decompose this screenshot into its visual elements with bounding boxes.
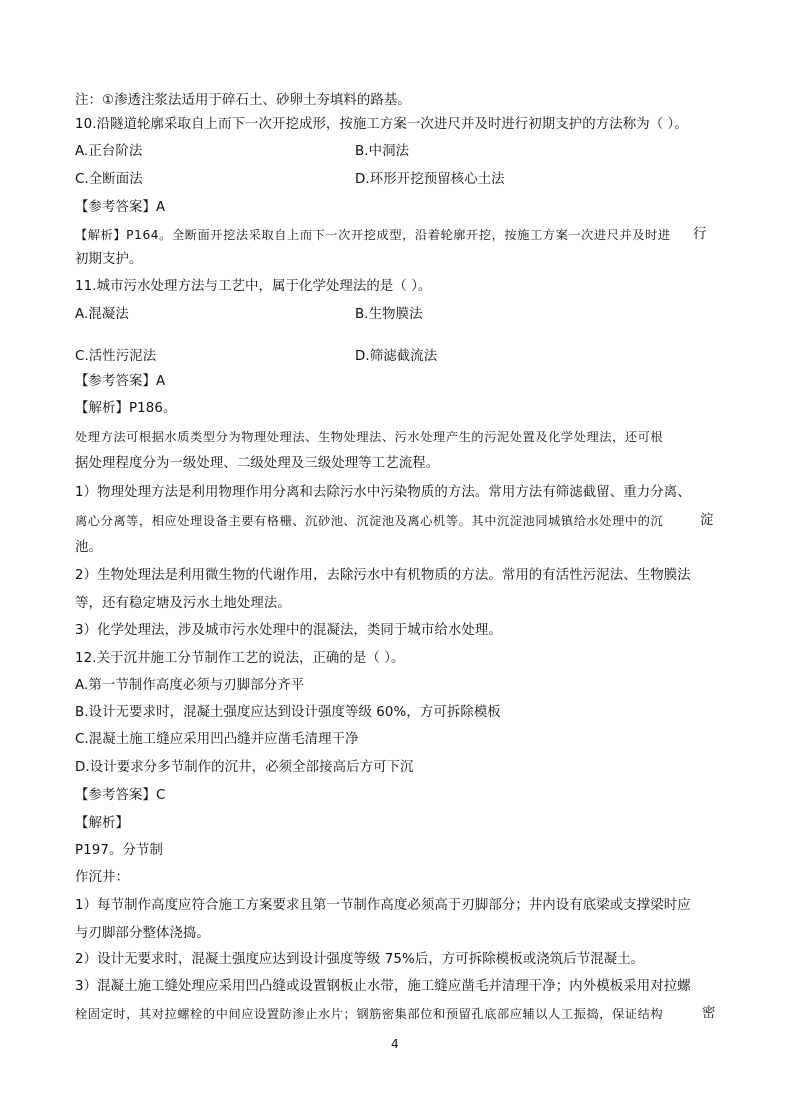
q11-analysis-line: 离心分离等，相应处理设备主要有格栅、沉砂池、沉淀池及离心机等。其中沉淀池同城镇给… — [75, 512, 663, 530]
q12-analysis-head: 【解析】 — [75, 815, 129, 833]
q12-answer: 【参考答案】C — [75, 787, 165, 805]
q10-option-d: D.环形开挖预留核心土法 — [355, 171, 505, 189]
q11-analysis-line: 1）物理处理方法是利用物理作用分离和去除污水中污染物质的方法。常用方法有筛滤截留… — [75, 484, 691, 502]
q10-analysis-cont: 初期支护。 — [75, 251, 142, 269]
q12-stem: 12.关于沉井施工分节制作工艺的说法，正确的是（ ）。 — [75, 650, 405, 668]
q10-option-a: A.正台阶法 — [75, 143, 142, 161]
q12-analysis-line: 作沉井： — [75, 869, 129, 887]
q12-option-b: B.设计无要求时，混凝土强度应达到设计强度等级 60%，方可拆除模板 — [75, 704, 501, 722]
q12-option-a: A.第一节制作高度必须与刃脚部分齐平 — [75, 677, 304, 695]
q12-option-d: D.设计要求分多节制作的沉井，必须全部接高后方可下沉 — [75, 759, 414, 777]
q12-option-c: C.混凝土施工缝应采用凹凸缝并应凿毛清理干净 — [75, 731, 359, 749]
q11-analysis-line: 池。 — [75, 539, 102, 557]
q11-option-d: D.筛滤截流法 — [355, 348, 437, 366]
q11-option-c: C.活性污泥法 — [75, 348, 156, 366]
q10-analysis-tail: 行 — [693, 226, 707, 244]
note-text: 注：①渗透注浆法适用于碎石土、砂卵土夯填料的路基。 — [75, 92, 411, 110]
q11-analysis-line-tail: 淀 — [700, 512, 714, 530]
q11-stem: 11.城市污水处理方法与工艺中，属于化学处理法的是（ ）。 — [75, 278, 432, 296]
q12-analysis-line-tail: 密 — [702, 1005, 716, 1023]
q11-answer: 【参考答案】A — [75, 373, 165, 391]
q11-option-b: B.生物膜法 — [355, 306, 423, 324]
q10-answer: 【参考答案】A — [75, 199, 165, 217]
q10-option-b: B.中洞法 — [355, 143, 409, 161]
q12-analysis-line: P197。分节制 — [75, 842, 163, 860]
q11-analysis-line: 处理方法可根据水质类型分为物理处理法、生物处理法、污水处理产生的污泥处置及化学处… — [75, 428, 663, 446]
q10-stem: 10.沿隧道轮廓采取自上而下一次开挖成形，按施工方案一次进尺并及时进行初期支护的… — [75, 116, 688, 134]
q12-analysis-line: 栓固定时，其对拉螺栓的中间应设置防渗止水片；钢筋密集部位和预留孔底部应辅以人工振… — [75, 1005, 663, 1023]
q12-analysis-line: 1）每节制作高度应符合施工方案要求且第一节制作高度必须高于刃脚部分；井内设有底梁… — [75, 897, 691, 915]
q10-analysis: 【解析】P164。全断面开挖法采取自上而下一次开挖成型，沿着轮廓开挖，按施工方案… — [75, 226, 671, 244]
q12-analysis-line: 与刃脚部分整体浇捣。 — [75, 925, 210, 943]
q11-option-a: A.混凝法 — [75, 306, 129, 324]
q11-analysis-line: 等，还有稳定塘及污水土地处理法。 — [75, 595, 291, 613]
q11-analysis-line: 据处理程度分为一级处理、二级处理及三级处理等工艺流程。 — [75, 455, 439, 473]
page-number: 4 — [391, 1037, 399, 1051]
q12-analysis-line: 2）设计无要求时，混凝土强度应达到设计强度等级 75%后，方可拆除模板或浇筑后节… — [75, 951, 644, 969]
q11-analysis-line: 3）化学处理法，涉及城市污水处理中的混凝法，类同于城市给水处理。 — [75, 622, 502, 640]
q11-analysis-line: 2）生物处理法是利用微生物的代谢作用，去除污水中有机物质的方法。常用的有活性污泥… — [75, 567, 691, 585]
q12-analysis-line: 3）混凝土施工缝处理应采用凹凸缝或设置钢板止水带，施工缝应凿毛并清理干净；内外模… — [75, 978, 691, 996]
q11-analysis-head: 【解析】P186。 — [75, 400, 177, 418]
q10-option-c: C.全断面法 — [75, 171, 143, 189]
